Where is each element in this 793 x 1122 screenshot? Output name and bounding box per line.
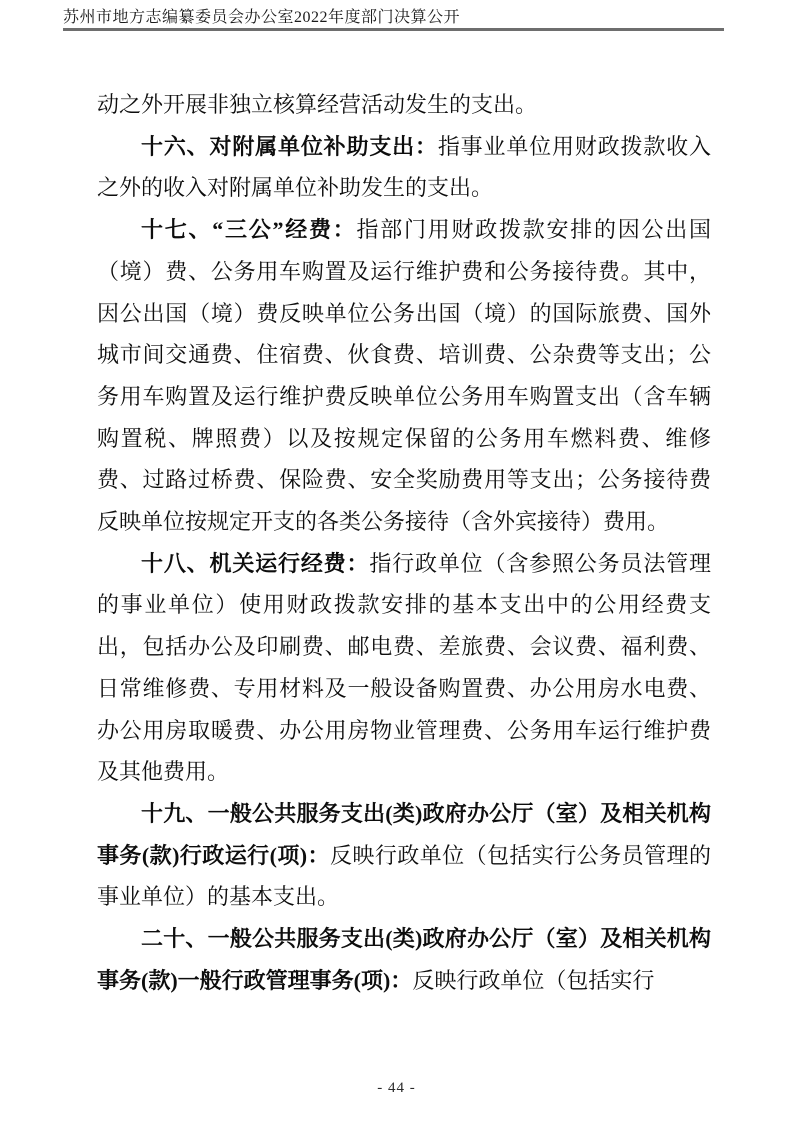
paragraph-text: 指部门用财政拨款安排的因公出国（境）费、公务用车购置及运行维护费和公务接待费。其… [97,217,711,534]
paragraph-text: 动之外开展非独立核算经营活动发生的支出。 [97,92,537,117]
paragraph-text: 反映行政单位（包括实行 [412,968,654,993]
paragraph: 动之外开展非独立核算经营活动发生的支出。 [97,84,711,126]
header-rule [63,28,724,31]
paragraph: 十七、“三公”经费：指部门用财政拨款安排的因公出国（境）费、公务用车购置及运行维… [97,209,711,543]
document-body: 动之外开展非独立核算经营活动发生的支出。 十六、对附属单位补助支出：指事业单位用… [97,84,711,1001]
paragraph: 十六、对附属单位补助支出：指事业单位用财政拨款收入之外的收入对附属单位补助发生的… [97,126,711,209]
paragraph-text: 指行政单位（含参照公务员法管理的事业单位）使用财政拨款安排的基本支出中的公用经费… [97,551,711,785]
paragraph: 十八、机关运行经费：指行政单位（含参照公务员法管理的事业单位）使用财政拨款安排的… [97,543,711,793]
document-page: 苏州市地方志编纂委员会办公室2022年度部门决算公开 动之外开展非独立核算经营活… [0,0,793,1122]
header-title: 苏州市地方志编纂委员会办公室2022年度部门决算公开 [63,9,460,27]
paragraph-lead: 十八、机关运行经费： [141,551,369,576]
page-number: - 44 - [0,1080,793,1097]
paragraph-lead: 十六、对附属单位补助支出： [141,134,438,159]
paragraph: 十九、一般公共服务支出(类)政府办公厅（室）及相关机构事务(款)行政运行(项)：… [97,793,711,918]
paragraph-lead: 十七、“三公”经费： [141,217,357,242]
paragraph: 二十、一般公共服务支出(类)政府办公厅（室）及相关机构事务(款)一般行政管理事务… [97,918,711,1001]
